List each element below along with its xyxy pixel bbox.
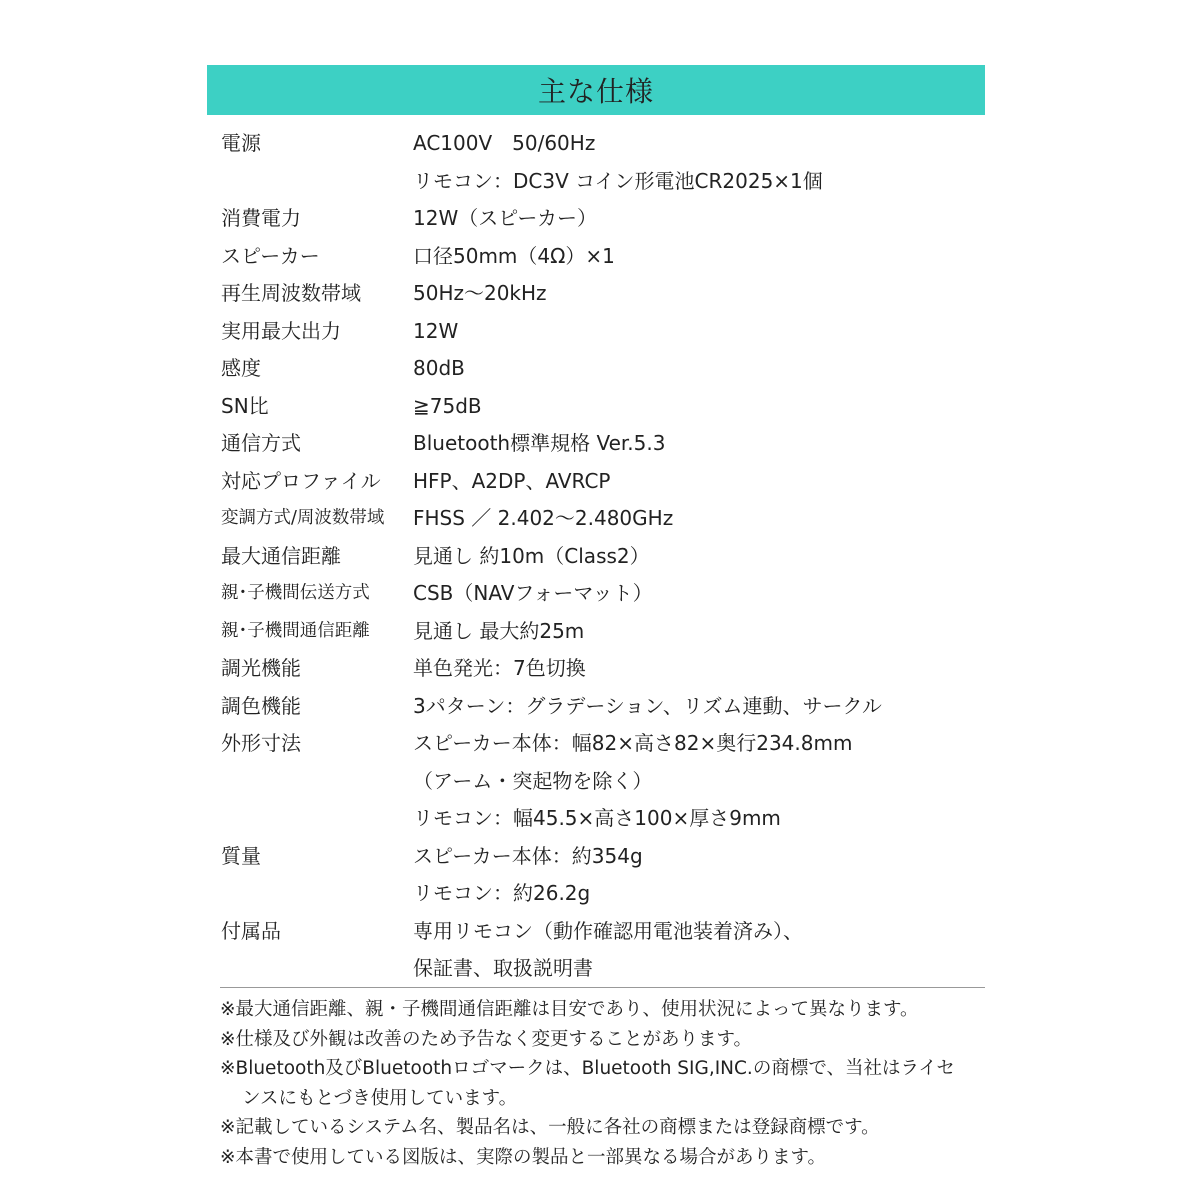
spec-values: CSB（NAVフォーマット）	[413, 575, 985, 613]
spec-value: FHSS ／ 2.402〜2.480GHz	[413, 500, 985, 538]
spec-row: 調色機能3パターン：グラデーション、リズム連動、サークル	[221, 688, 985, 726]
note: ※Bluetooth及びBluetoothロゴマークは、Bluetooth SI…	[220, 1054, 990, 1084]
spec-row: 通信方式Bluetooth標準規格 Ver.5.3	[221, 425, 985, 463]
notes: ※最大通信距離、親・子機間通信距離は目安であり、使用状況によって異なります。 ※…	[220, 995, 990, 1172]
spec-label: 質量	[221, 838, 413, 913]
spec-value: スピーカー本体：幅82×高さ82×奥行234.8mm	[413, 725, 985, 763]
spec-row: 親･子機間通信距離見通し 最大約25m	[221, 613, 985, 651]
spec-value: 80dB	[413, 350, 985, 388]
spec-value: AC100V 50/60Hz	[413, 125, 985, 163]
spec-row: 電源AC100V 50/60Hzリモコン：DC3V コイン形電池CR2025×1…	[221, 125, 985, 200]
spec-row: 実用最大出力12W	[221, 313, 985, 351]
spec-label: SN比	[221, 388, 413, 426]
spec-row: 親･子機間伝送方式CSB（NAVフォーマット）	[221, 575, 985, 613]
spec-value: 見通し 約10m（Class2）	[413, 538, 985, 576]
spec-value: Bluetooth標準規格 Ver.5.3	[413, 425, 985, 463]
spec-value: 口径50mm（4Ω）×1	[413, 238, 985, 276]
spec-header: 主な仕様	[207, 65, 985, 115]
spec-values: 12W	[413, 313, 985, 351]
spec-label: 外形寸法	[221, 725, 413, 838]
spec-label: 付属品	[221, 913, 413, 988]
spec-label: 変調方式/周波数帯域	[221, 500, 413, 538]
spec-value: 3パターン：グラデーション、リズム連動、サークル	[413, 688, 985, 726]
spec-label: 最大通信距離	[221, 538, 413, 576]
spec-label: 対応プロファイル	[221, 463, 413, 501]
spec-label: 実用最大出力	[221, 313, 413, 351]
note: ※仕様及び外観は改善のため予告なく変更することがあります。	[220, 1025, 990, 1055]
spec-values: 80dB	[413, 350, 985, 388]
spec-label: 親･子機間通信距離	[221, 613, 413, 651]
spec-values: 3パターン：グラデーション、リズム連動、サークル	[413, 688, 985, 726]
spec-values: スピーカー本体：幅82×高さ82×奥行234.8mm（アーム・突起物を除く）リモ…	[413, 725, 985, 838]
spec-values: FHSS ／ 2.402〜2.480GHz	[413, 500, 985, 538]
spec-row: 付属品専用リモコン（動作確認用電池装着済み）、保証書、取扱説明書	[221, 913, 985, 988]
spec-label: 調光機能	[221, 650, 413, 688]
spec-values: HFP、A2DP、AVRCP	[413, 463, 985, 501]
spec-value: （アーム・突起物を除く）	[413, 763, 985, 801]
spec-value: リモコン：DC3V コイン形電池CR2025×1個	[413, 163, 985, 201]
spec-value: 見通し 最大約25m	[413, 613, 985, 651]
divider	[220, 987, 985, 988]
spec-value: 専用リモコン（動作確認用電池装着済み）、	[413, 913, 985, 951]
spec-values: 50Hz〜20kHz	[413, 275, 985, 313]
spec-label: スピーカー	[221, 238, 413, 276]
spec-row: 消費電力12W（スピーカー）	[221, 200, 985, 238]
note: ※本書で使用している図版は、実際の製品と一部異なる場合があります。	[220, 1143, 990, 1173]
spec-values: 単色発光：7色切換	[413, 650, 985, 688]
spec-label: 通信方式	[221, 425, 413, 463]
spec-row: 調光機能単色発光：7色切換	[221, 650, 985, 688]
note: ※最大通信距離、親・子機間通信距離は目安であり、使用状況によって異なります。	[220, 995, 990, 1025]
spec-table: 電源AC100V 50/60Hzリモコン：DC3V コイン形電池CR2025×1…	[221, 125, 985, 988]
spec-value: ≧75dB	[413, 388, 985, 426]
spec-value: 12W（スピーカー）	[413, 200, 985, 238]
spec-values: ≧75dB	[413, 388, 985, 426]
spec-values: AC100V 50/60Hzリモコン：DC3V コイン形電池CR2025×1個	[413, 125, 985, 200]
spec-value: 単色発光：7色切換	[413, 650, 985, 688]
spec-value: リモコン：約26.2g	[413, 875, 985, 913]
spec-values: 12W（スピーカー）	[413, 200, 985, 238]
spec-value: HFP、A2DP、AVRCP	[413, 463, 985, 501]
spec-row: 変調方式/周波数帯域FHSS ／ 2.402〜2.480GHz	[221, 500, 985, 538]
spec-row: 外形寸法スピーカー本体：幅82×高さ82×奥行234.8mm（アーム・突起物を除…	[221, 725, 985, 838]
spec-value: 保証書、取扱説明書	[413, 950, 985, 988]
spec-values: Bluetooth標準規格 Ver.5.3	[413, 425, 985, 463]
spec-row: 感度80dB	[221, 350, 985, 388]
spec-values: 専用リモコン（動作確認用電池装着済み）、保証書、取扱説明書	[413, 913, 985, 988]
spec-value: スピーカー本体：約354g	[413, 838, 985, 876]
spec-label: 感度	[221, 350, 413, 388]
note-continuation: ンスにもとづき使用しています。	[220, 1084, 990, 1114]
spec-value: リモコン：幅45.5×高さ100×厚さ9mm	[413, 800, 985, 838]
spec-label: 再生周波数帯域	[221, 275, 413, 313]
spec-values: スピーカー本体：約354gリモコン：約26.2g	[413, 838, 985, 913]
spec-row: SN比≧75dB	[221, 388, 985, 426]
spec-values: 見通し 約10m（Class2）	[413, 538, 985, 576]
spec-label: 消費電力	[221, 200, 413, 238]
spec-value: CSB（NAVフォーマット）	[413, 575, 985, 613]
spec-row: 最大通信距離見通し 約10m（Class2）	[221, 538, 985, 576]
spec-row: 質量スピーカー本体：約354gリモコン：約26.2g	[221, 838, 985, 913]
spec-value: 50Hz〜20kHz	[413, 275, 985, 313]
note: ※記載しているシステム名、製品名は、一般に各社の商標または登録商標です。	[220, 1113, 990, 1143]
spec-values: 見通し 最大約25m	[413, 613, 985, 651]
spec-label: 調色機能	[221, 688, 413, 726]
spec-label: 親･子機間伝送方式	[221, 575, 413, 613]
spec-title: 主な仕様	[538, 70, 654, 110]
spec-row: スピーカー口径50mm（4Ω）×1	[221, 238, 985, 276]
spec-row: 再生周波数帯域50Hz〜20kHz	[221, 275, 985, 313]
spec-value: 12W	[413, 313, 985, 351]
spec-values: 口径50mm（4Ω）×1	[413, 238, 985, 276]
spec-row: 対応プロファイルHFP、A2DP、AVRCP	[221, 463, 985, 501]
spec-label: 電源	[221, 125, 413, 200]
